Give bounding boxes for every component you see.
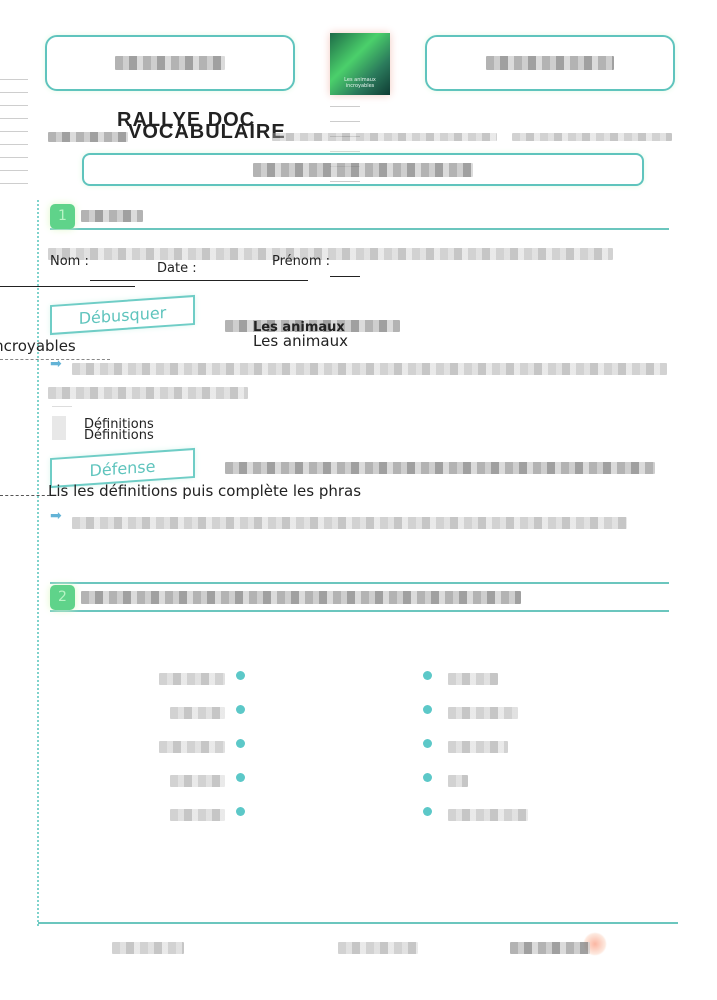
prenom-field[interactable] <box>330 276 360 277</box>
book-cover-caption: Les animaux incroyables <box>334 77 386 89</box>
info-left <box>48 126 128 142</box>
left-word <box>170 702 225 718</box>
right-match-dot[interactable] <box>423 739 432 748</box>
header-box-right <box>425 35 675 91</box>
section-1-instruction <box>48 243 613 262</box>
definitions-icon <box>52 416 66 440</box>
page-fragment-left <box>0 75 28 190</box>
header-box-right-text <box>486 56 614 70</box>
left-match-dot[interactable] <box>236 807 245 816</box>
right-word <box>448 702 518 718</box>
info-middle <box>272 126 497 142</box>
left-match-dot[interactable] <box>236 705 245 714</box>
debusquer-instruction-cont <box>48 382 248 401</box>
section-1-header: 1 <box>50 204 669 230</box>
header-box-left-text <box>115 56 225 70</box>
banner-defense-label: Défense <box>90 456 156 480</box>
left-word <box>159 668 225 684</box>
section-2-badge: 2 <box>50 585 75 610</box>
left-word <box>170 770 225 786</box>
section-2-title <box>81 591 521 604</box>
right-word <box>448 770 468 786</box>
right-match-dot[interactable] <box>423 807 432 816</box>
banner-debusquer-label: Débusquer <box>79 302 167 327</box>
left-match-dot[interactable] <box>236 739 245 748</box>
date-field[interactable] <box>198 280 308 281</box>
book-title-repeat: Les animaux <box>253 332 348 350</box>
footer-right <box>510 937 590 956</box>
defense-instruction <box>72 512 627 531</box>
right-word <box>448 804 528 820</box>
debusquer-instruction <box>72 358 667 377</box>
book-cover-image: Les animaux incroyables <box>330 33 390 95</box>
arrow-icon: ➡ <box>50 508 62 524</box>
page-bottom-line <box>38 922 678 924</box>
info-right <box>512 126 672 142</box>
left-word <box>159 736 225 752</box>
section-1-badge: 1 <box>50 204 75 229</box>
section-1-title <box>81 210 143 222</box>
left-match-dot[interactable] <box>236 671 245 680</box>
footer-center <box>338 937 418 956</box>
right-match-dot[interactable] <box>423 671 432 680</box>
theme-text <box>253 163 473 177</box>
header-box-left <box>45 35 295 91</box>
overflow-line <box>0 286 135 287</box>
theme-box <box>82 153 644 186</box>
definitions-label-repeat: Définitions <box>84 428 154 443</box>
date-label: Date : <box>157 261 197 276</box>
definitions-instruction: Lis les définitions puis complète les ph… <box>48 482 361 500</box>
nom-label: Nom : <box>50 254 89 269</box>
defense-blurred-text <box>225 457 655 476</box>
margin-line <box>37 200 39 926</box>
arrow-icon: ➡ <box>50 356 62 372</box>
prenom-label: Prénom : <box>272 254 330 269</box>
banner-debusquer: Débusquer <box>50 295 195 335</box>
worksheet-subtitle-word: VOCABULAIRE <box>128 121 286 144</box>
right-match-dot[interactable] <box>423 773 432 782</box>
section-2-header: 2 <box>50 582 669 612</box>
left-match-dot[interactable] <box>236 773 245 782</box>
right-word <box>448 668 498 684</box>
left-word <box>170 804 225 820</box>
book-subtitle: incroyables <box>0 337 76 355</box>
right-word <box>448 736 508 752</box>
right-match-dot[interactable] <box>423 705 432 714</box>
footer-left <box>112 937 184 956</box>
